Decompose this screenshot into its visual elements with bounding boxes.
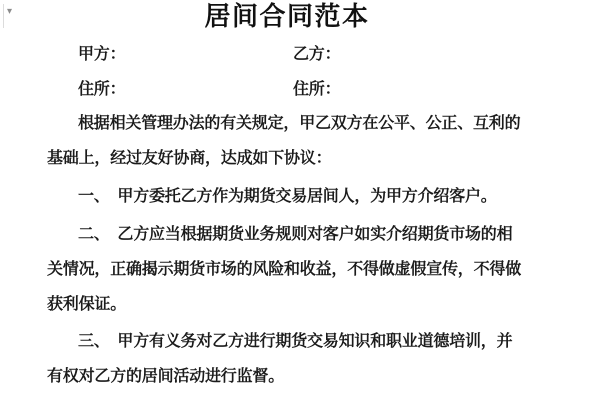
- caret-down-icon: ▾: [7, 6, 12, 18]
- party-b-label: 乙方：: [293, 45, 340, 64]
- clause-2-line: 关情况，正确揭示期货市场的风险和收益，不得做虚假宣传，不得做: [47, 260, 521, 279]
- contract-document-page: ▾ 居间合同范本 甲方： 乙方： 住所： 住所： 根据相关管理办法的有关规定，甲…: [0, 0, 600, 400]
- clause-1-line: 一、 甲方委托乙方作为期货交易居间人，为甲方介绍客户。: [78, 187, 497, 206]
- clause-3-line: 有权对乙方的居间活动进行监督。: [47, 367, 284, 386]
- preamble-line: 根据相关管理办法的有关规定，甲乙双方在公平、公正、互利的: [78, 114, 520, 133]
- party-a-label: 甲方：: [78, 45, 125, 64]
- clause-2-line: 获利保证。: [47, 295, 126, 314]
- party-b-address-label: 住所：: [293, 80, 340, 99]
- clause-2-line: 二、 乙方应当根据期货业务规则对客户如实介绍期货市场的相: [78, 225, 512, 244]
- cropped-dropdown-control[interactable]: ▾: [0, 3, 20, 30]
- preamble-line: 基础上，经过友好协商，达成如下协议：: [47, 149, 331, 168]
- dropdown-border-fragment: [3, 4, 4, 28]
- clause-3-line: 三、 甲方有义务对乙方进行期货交易知识和职业道德培训，并: [78, 332, 512, 351]
- document-title: 居间合同范本: [47, 2, 527, 32]
- party-a-address-label: 住所：: [78, 80, 125, 99]
